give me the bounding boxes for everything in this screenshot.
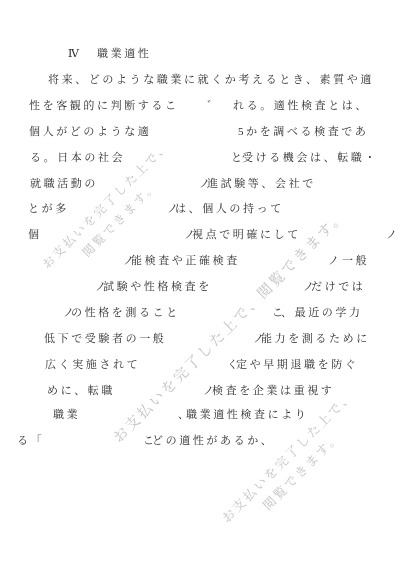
document-page: お支払いを完了した上で、閲覧できます。お支払いを完了した上で、閲覧できます。お支… bbox=[0, 0, 411, 580]
text-line-segment: 性を客観的に判断するこ bbox=[29, 99, 179, 114]
text-line-segment: 視点で明確にして bbox=[192, 228, 301, 243]
text-line-segment: 定や早期退職を防ぐ bbox=[236, 358, 358, 373]
text-line-segment: 能検査や正確検査 bbox=[131, 254, 240, 269]
text-line-segment: 将来、どのような職業に就くか考えるとき、素質や適 bbox=[48, 73, 374, 88]
text-line-segment: る「 bbox=[17, 434, 44, 449]
text-line-segment: 広く実施されて bbox=[45, 358, 140, 373]
text-line-segment: ノ bbox=[328, 254, 342, 269]
text-line-segment: 能力を測るために bbox=[261, 332, 370, 347]
text-line-segment: 就職活動の bbox=[30, 177, 98, 192]
text-line-segment: の性格を測ること bbox=[71, 306, 180, 321]
text-line-segment: 、最近の学力 bbox=[281, 306, 363, 321]
text-line-segment: れる。適性検査とは、 bbox=[233, 99, 369, 114]
text-line-segment: 受ける機会は、転職・ bbox=[242, 151, 378, 166]
text-line-segment: 進試験等、会社で bbox=[207, 177, 316, 192]
text-line-segment: 検査を企業は重視す bbox=[212, 384, 334, 399]
text-line-segment: めに、転職 bbox=[47, 384, 115, 399]
text-line-segment: 低下で受験者の一般 bbox=[44, 332, 166, 347]
text-line-segment: 個 bbox=[28, 228, 42, 243]
document-text-layer: Ⅳ職業適性将来、どのような職業に就くか考えるとき、素質や適性を客観的に判断するこ… bbox=[0, 0, 411, 580]
text-line-segment: は、個人の持って bbox=[175, 202, 284, 217]
text-line-segment: る。日本の社会 bbox=[30, 151, 125, 166]
text-line-segment: 5かを調べる検査であ bbox=[238, 125, 369, 140]
text-line-segment: 個人がどのような適 bbox=[29, 125, 151, 140]
text-line-segment: 職業適性 bbox=[97, 47, 151, 62]
text-line-segment: 職業適性検査により bbox=[186, 408, 308, 423]
text-line-segment: Ⅳ bbox=[68, 47, 82, 62]
text-line-segment: 試験や性格検査を bbox=[103, 280, 212, 295]
text-line-segment: ノ bbox=[386, 228, 400, 243]
text-line-segment: とが多 bbox=[28, 202, 69, 217]
text-line-segment: 一般 bbox=[342, 254, 369, 269]
text-line-segment: だけでは bbox=[311, 280, 365, 295]
text-line-segment: ゛ bbox=[207, 99, 221, 114]
text-line-segment: どの適性があるか、 bbox=[152, 434, 274, 449]
text-line-segment: 職業 bbox=[53, 408, 80, 423]
